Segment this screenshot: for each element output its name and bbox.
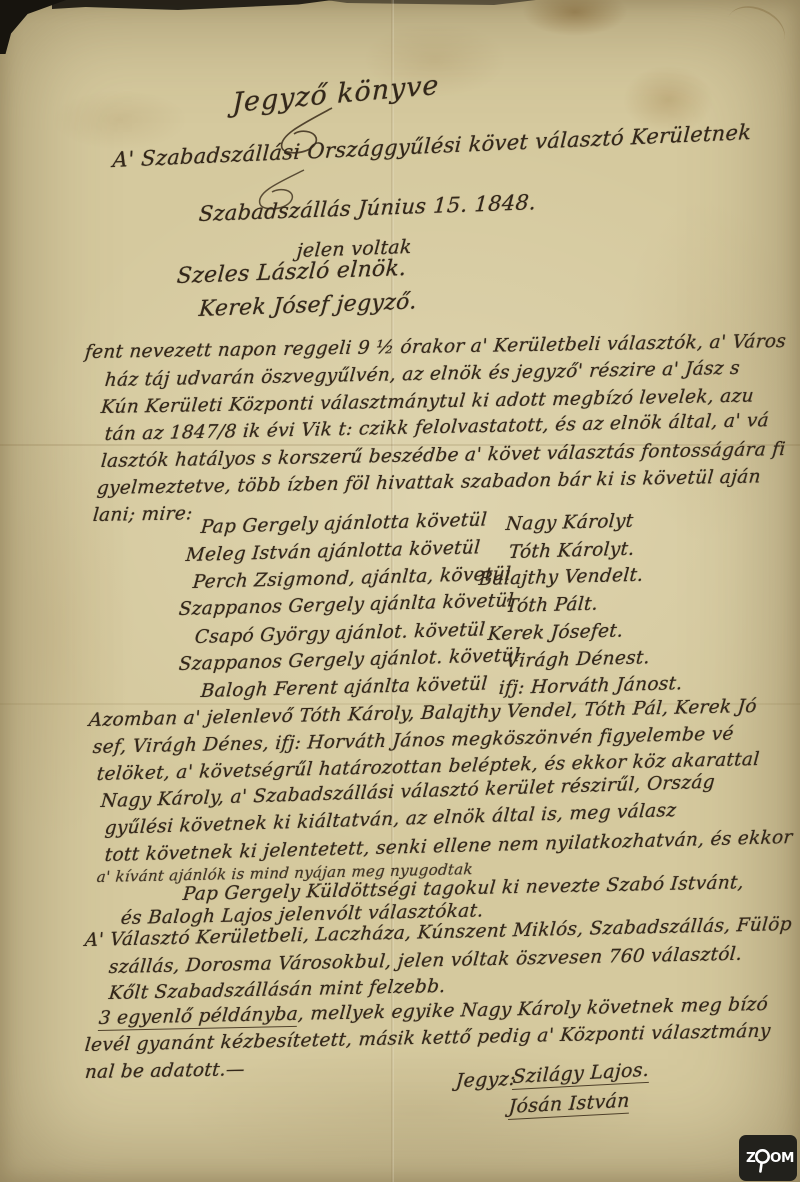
dark-paper-edge-top [52, 0, 332, 10]
nomination-nominee: Tóth Pált. [505, 594, 599, 617]
dark-paper-edge-top-2 [326, 0, 536, 5]
paper-curl-mark [720, 0, 792, 60]
body-line: szállás, Dorosma Városokbul, jelen vólta… [108, 944, 743, 978]
nomination-nominee: Kerek Jósefet. [487, 620, 624, 645]
nomination-proposer: Csapó György ajánlot. követül [194, 619, 486, 648]
body-line: gyelmeztetve, több ízben föl hivattak sz… [96, 466, 762, 499]
signature-label: Jegyz: [455, 1068, 516, 1092]
signature-name-1: Szilágy Lajos. [512, 1059, 650, 1090]
nomination-nominee: Virágh Dénest. [505, 647, 651, 672]
magnifier-handle [760, 1163, 761, 1172]
manuscript-page: Jegyző könyve A' Szabadszállási Országgy… [0, 0, 800, 1182]
body-line: Kőlt Szabadszállásán mint felzebb. [108, 976, 446, 1004]
nomination-proposer: Szappanos Gergely ajánlot. követül [178, 645, 521, 675]
closing-line-3: nal be adatott.— [84, 1059, 246, 1083]
torn-corner-top-left [0, 0, 92, 54]
body-line: ház táj udvarán öszvegyűlvén, az elnök é… [104, 358, 741, 391]
document-subtitle: A' Szabadszállási Országgyűlési követ vá… [112, 120, 752, 172]
nomination-proposer: Szappanos Gergely ajánlta követül [178, 590, 515, 620]
nomination-nominee: Tóth Károlyt. [508, 539, 635, 563]
underlined-copies-count: 3 egyenlő példányba [98, 1004, 299, 1031]
zoom-logo-z: Z [746, 1150, 756, 1166]
nomination-proposer: Meleg István ajánlotta követül [185, 537, 481, 566]
present-notary: Kerek Jósef jegyző. [198, 289, 418, 322]
present-chairman: Szeles László elnök. [176, 256, 407, 289]
signature-name-2: Jósán István [508, 1090, 630, 1120]
body-line: lani; mire: [92, 503, 194, 526]
nomination-proposer: Perch Zsigmond, ajánlta, követül [192, 564, 512, 593]
zoom-watermark-badge: Z OM [739, 1135, 797, 1182]
nomination-nominee: ifj: Horváth Jánost. [498, 673, 683, 699]
zoom-logo: Z OM [739, 1135, 797, 1181]
nomination-proposer: Pap Gergely ajánlotta követül [200, 509, 488, 538]
nomination-proposer: Balogh Ferent ajánlta követül [200, 673, 488, 702]
closing-line-1-rest: , mellyek egyike Nagy Károly követnek me… [297, 994, 769, 1025]
document-title: Jegyző könyve [232, 70, 440, 119]
document-dateline: Szabadszállás Június 15. 1848. [198, 190, 537, 226]
nomination-nominee: Balajthy Vendelt. [478, 565, 644, 590]
zoom-logo-om: OM [770, 1150, 794, 1166]
nomination-nominee: Nagy Károlyt [505, 511, 634, 535]
